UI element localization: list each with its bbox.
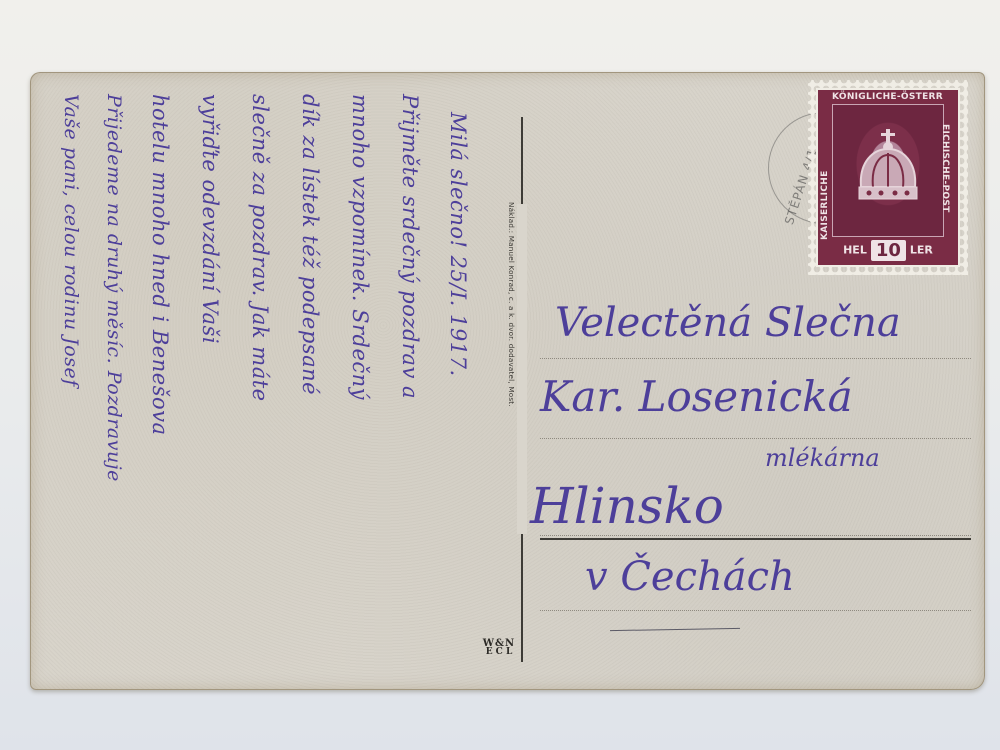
stamp-left-text: KAISERLICHE: [820, 170, 830, 240]
message-line: Milá slečno! 25/I. 1917.: [446, 112, 470, 377]
message-line: Vaše pani, celou rodinu Josef: [60, 94, 82, 387]
pencil-stroke: [610, 628, 740, 631]
address-region: v Čechách: [585, 554, 795, 600]
message-line: slečně za pozdrav. Jak máte: [248, 94, 272, 402]
postage-stamp: KÖNIGLICHE-ÖSTERR KAISERLICHE EICHISCHE-…: [816, 88, 960, 267]
address-rule: [540, 610, 971, 611]
message-line: Přijedeme na druhý měsíc. Pozdravuje: [103, 94, 125, 482]
stamp-value: 10: [871, 240, 906, 261]
stamp-denomination: HEL10LER: [818, 240, 958, 261]
stamp-denomination-right: LER: [910, 244, 933, 257]
address-rule: [540, 438, 971, 439]
address-rule-solid: [540, 538, 971, 540]
address-rule: [540, 358, 971, 359]
stamp-top-text: KÖNIGLICHE-ÖSTERR: [832, 92, 943, 102]
message-line: mnoho vzpomínek. Srdečný: [348, 94, 372, 400]
publisher-imprint: Náklad.: Manuel Konrad, c. a k. dvor. do…: [507, 202, 516, 407]
message-line: dík za lístek též podepsané: [298, 94, 322, 395]
handwritten-message: Milá slečno! 25/I. 1917. Přijměte srdečn…: [30, 72, 520, 690]
stamp-center: [832, 104, 944, 237]
address-salutation: Velectěná Slečna: [555, 300, 901, 346]
message-line: vyřiďte odevzdání Vaši: [198, 94, 222, 344]
postcard: Milá slečno! 25/I. 1917. Přijměte srdečn…: [30, 72, 985, 690]
address-rule: [540, 535, 971, 536]
message-line: Přijměte srdečný pozdrav a: [398, 94, 422, 399]
address-name: Kar. Losenická: [540, 372, 853, 421]
stamp-denomination-left: HEL: [843, 244, 867, 257]
crown-icon: [853, 127, 923, 207]
publisher-logo-icon: W&N E C L: [477, 638, 521, 657]
address-town: Hlinsko: [530, 477, 724, 535]
stamp-right-text: EICHISCHE-POST: [940, 124, 950, 213]
message-line: hotelu mnoho hned i Benešova: [148, 94, 172, 435]
address-note: mlékárna: [765, 444, 880, 472]
